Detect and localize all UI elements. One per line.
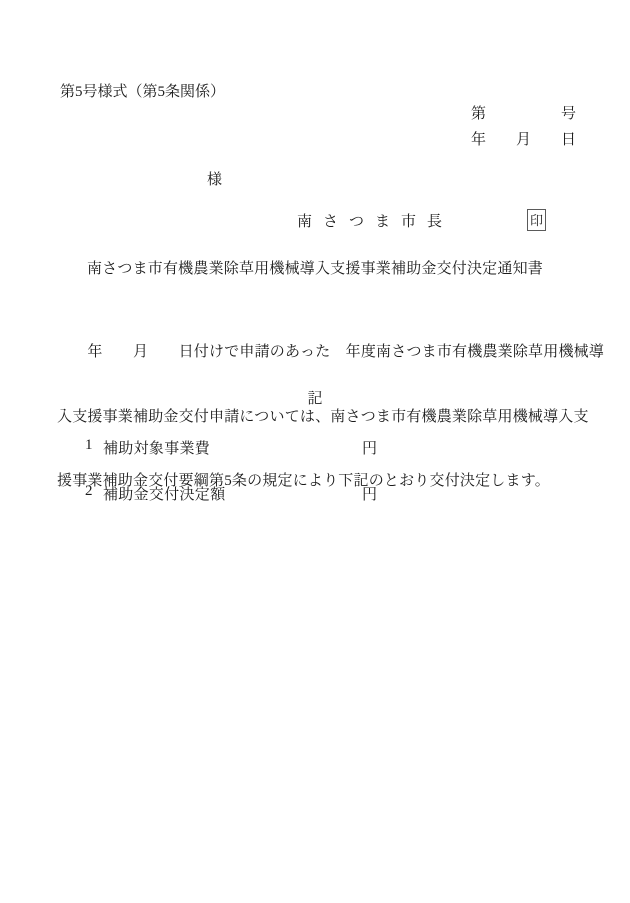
document-number-line: 第 号 — [471, 104, 576, 124]
item-unit-yen: 円 — [362, 437, 377, 458]
form-number: 第5号様式（第5条関係） — [60, 82, 225, 102]
sender-title: 南さつま市長 — [297, 212, 453, 232]
notice-document-page: 第5号様式（第5条関係） 第 号 年 月 日 様 南さつま市長 印 南さつま市有… — [0, 0, 630, 903]
item-number: 2 — [85, 483, 93, 500]
document-title: 南さつま市有機農業除草用機械導入支援事業補助金交付決定通知書 — [0, 259, 630, 279]
seal-stamp-label: 印 — [530, 214, 543, 227]
item-row-subsidy-decided-amount: 2 補助金交付決定額 円 — [0, 483, 630, 503]
body-line-1: 年 月 日付けで申請のあった 年度南さつま市有機農業除草用機械導 — [57, 340, 590, 365]
date-line: 年 月 日 — [471, 130, 576, 150]
seal-box: 印 — [527, 209, 546, 231]
item-number: 1 — [85, 437, 93, 454]
item-label: 補助対象事業費 — [103, 437, 210, 458]
item-unit-yen: 円 — [362, 483, 377, 504]
recipient-honorific: 様 — [207, 170, 222, 190]
record-marker: 記 — [0, 389, 630, 409]
item-row-subsidy-target-cost: 1 補助対象事業費 円 — [0, 437, 630, 457]
item-label: 補助金交付決定額 — [103, 483, 225, 504]
